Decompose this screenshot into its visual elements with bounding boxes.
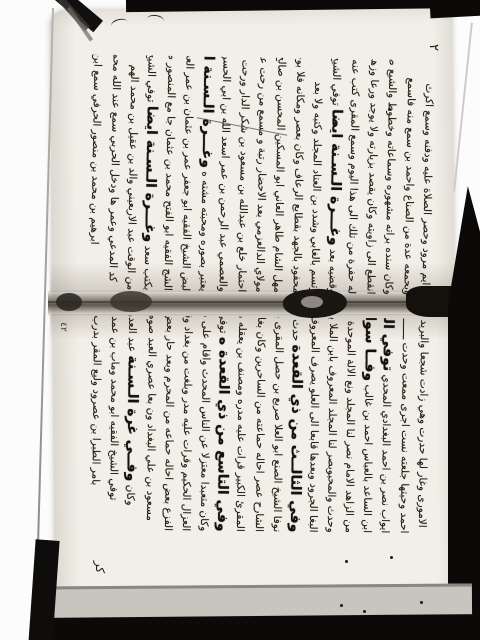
entry-heading: وغـــرة الـسـنة ايضا: [326, 109, 344, 246]
ink-speck: [340, 604, 343, 607]
manuscript-line: وحدث والمحبوبصر لنا المجلد المعروف بابن …: [322, 318, 342, 533]
text-segment: محفود بالجهد بقطايع الرعاف وكان بعصر ومك…: [290, 58, 307, 293]
text-segment: الشارح عصر احاله حماعته من الساحرين وكان…: [252, 317, 267, 532]
text-segment: نوفا الشيخ الصنع ابو العلا صربع بن حصل ا…: [271, 317, 286, 532]
manuscript-line: مسعود بن علي البغداد ون بعا عصري العبد ص…: [141, 316, 161, 531]
text-segment: مسعود بن علي البغداد ون بعا عصري العبد ص…: [144, 316, 159, 521]
text-segment: انقطع الى زاويته وكان يقصد بزيارته ولا ي…: [364, 59, 380, 294]
text-segment: ايواب نصر بن احمد البغدادي المحدي: [379, 371, 393, 533]
text-segment: من الوقت عبد الاربعيني والد بن عقيل بن م…: [124, 64, 140, 290]
top-page-text: ايم مرود وحصر الصلاة عليه ودفنه وسمع اكر…: [84, 54, 438, 295]
manuscript-line: وكان متعبدا معتزلا عن الناس المحدث واقام…: [195, 316, 215, 531]
text-segment: كد المدعي وعمر ها ودخل الحربي سمع عند ال…: [106, 55, 122, 282]
quire-mark: ٤٢: [58, 322, 68, 332]
text-segment: وكان متعبدا معتزلا عن الناس المحدث واقام…: [198, 316, 213, 531]
manuscript-line: المقرئ الكبير قرات عليه مدره ومصنف بن يع…: [231, 317, 251, 532]
text-segment: والعصمي عبد الرحمن بن عمر اسعد الله بن ا…: [217, 57, 234, 292]
text-segment: حدث عن ابي الحسن بن البنا: [290, 317, 303, 344]
entry-heading: وفــا سوا الشجاع: [361, 318, 378, 381]
text-segment: توفي الشيخ الفقيه ابو محمد وماب بن عمدة …: [108, 315, 123, 500]
gutter-dark-patch: [56, 293, 82, 311]
entry-heading: وغـــرة الـسـنة ايضا: [142, 106, 160, 243]
ink-speck: [345, 560, 348, 563]
entry-heading: وفي التاسع من ذي القعدة ه: [214, 337, 232, 532]
manuscript-line: العزال الحكيم وقرات عليه مدر وبلغت من بغ…: [177, 316, 197, 531]
manuscript-line: نوفا الشيخ الصنع ابو العلا صربع بن حصل ا…: [268, 317, 288, 532]
ink-speck: [388, 108, 391, 111]
text-segment: بامر الطبرا بن عصرود وليع المقر بدرب الد…: [90, 315, 104, 485]
text-segment: الشج الفقيه ابو الفتح محمد بن عثمان جا م…: [161, 56, 177, 291]
text-segment: احمد وحيتها جلعته نست اجرى ممعت وحدت ـــ…: [398, 318, 412, 533]
ink-blot-highlight: [301, 296, 323, 308]
text-segment: الفزع بعض احاله حماعه من المحرم وبعد حار…: [162, 316, 177, 531]
book-edge-bottom: [34, 614, 480, 640]
text-segment: وكان: [125, 481, 137, 505]
text-segment: عبد العدول الامار ودفن بالنقل بها الضا: [126, 316, 140, 356]
manuscript-line: ابن الساعد بالعباس احمد بن غالب وفــا سو…: [358, 318, 378, 533]
ink-speck: [363, 610, 366, 613]
text-segment: توفي معدلا عدم بعنه: [217, 317, 230, 337]
bottom-page-text: الامورى وغار لها حدرت وهي زادت شجعا والب…: [86, 315, 433, 534]
ink-speck: [420, 601, 423, 604]
manuscript-line: من الزاهد الامام نصر لنا المجلد ونع الال…: [340, 318, 360, 533]
text-segment: ايم مرود وحصر الصلاة عليه ودفنه وسمع اكر…: [420, 83, 436, 285]
manuscript-line: ايواب نصر بن احمد البغدادي المحدي توفي ا…: [377, 318, 397, 533]
stray-pen-mark: كر: [93, 561, 107, 573]
text-segment: يعتبر بصوره ومحبته مشته ه: [197, 168, 211, 292]
manuscript-line: توفي الشيخ الفقيه ابو محمد وماب بن عمدة …: [104, 315, 124, 530]
text-segment: المقرئ الكبير قرات عليه مدره ومصنف بن يع…: [234, 317, 249, 532]
text-segment: لبض الشيخ الفقيه ابو جعفر عمر بن عثمان ب…: [180, 56, 196, 291]
text-segment: ابن الساعد بالعباس احمد بن غالب: [360, 381, 374, 533]
entry-heading: وفي الثالــث من ذي القعدة: [287, 344, 305, 532]
text-segment: العزال الحكيم وقرات عليه مدر وبلغت من بغ…: [180, 316, 195, 531]
text-segment: وبحمعه عدة من الصناع واحمد بن سمع منه فا…: [401, 77, 417, 295]
text-segment: له حفرة من تلك الى هذا اليوم وسمع المقرى…: [346, 59, 362, 294]
manuscript-scan: ايم مرود وحصر الصلاة عليه ودفنه وسمع اكر…: [0, 0, 480, 640]
text-segment: احتمار خلع بن عبدالله بن مسعود بن شكر ال…: [235, 57, 251, 292]
manuscript-line: الفزع بعض احاله حماعه من المحرم وبعد حار…: [159, 316, 179, 531]
ink-speck: [334, 122, 337, 125]
text-segment: بكتب سعد: [142, 242, 155, 290]
manuscript-line: وفي الثالــث من ذي القعدة حدث عن ابي الح…: [286, 317, 306, 532]
text-segment: توفي الشيخ ابو الفتح الهم: [145, 55, 159, 105]
ink-speck: [390, 556, 393, 559]
cover-edge-line: [453, 22, 473, 191]
entry-heading: وغـــرة الـسـنة ايضا: [198, 56, 216, 168]
manuscript-line: احمد وحيتها جلعته نست اجرى ممعت وحدت ـــ…: [395, 318, 415, 533]
text-segment: مولاي الدالعزمي بعد الاحضار رتبة و مسمع …: [254, 57, 270, 292]
text-segment: وحدث والمحبوبصر لنا المجلد المعروف بابن …: [325, 318, 339, 533]
text-segment: البغا الجرود وبعدها قابعا الى العلو يصرف…: [307, 317, 322, 532]
text-segment: الامورى وغار لها حدرت وهي زادت شجعا والب…: [416, 319, 431, 528]
manuscript-line: وفي التاسع من ذي القعدة ه توفي معدلا عدم…: [213, 317, 233, 532]
page-number-mark: ٢: [426, 44, 441, 51]
book-edge-top-right: [430, 0, 480, 18]
entry-heading: وفــي غرة الـسـنة: [124, 355, 141, 481]
gutter-dark-patch: [110, 291, 152, 312]
text-segment: مهل الشام طاهر العاني ابو المسكين المحسن…: [272, 58, 289, 293]
manuscript-line: بامر الطبرا بن عصرود وليع المقر بدرب الد…: [86, 315, 106, 530]
entry-heading: توفي الشيخ ابو الجمهري: [379, 318, 397, 371]
manuscript-line: البغا الجرود وبعدها قابعا الى العلو يصرف…: [304, 317, 324, 532]
manuscript-line: الشارح عصر احاله حماعته من الساحرين وكان…: [249, 317, 269, 532]
text-segment: توفي الشيخ: [329, 59, 342, 110]
text-segment: وقضيه بعد: [326, 245, 339, 293]
text-segment: وتسم بالغابي وشدد بن العتاد المجلد وكتبه…: [309, 81, 325, 293]
manuscript-line: الامورى وغار لها حدرت وهي زادت شجعا والب…: [413, 319, 433, 534]
text-segment: وكان سنده براته مشهوره وسماعاته وخطوط وا…: [383, 60, 399, 295]
text-segment: من الزاهد الامام نصر لنا المجلد ونع الال…: [343, 318, 358, 533]
text-segment: ابرهيم بن محمد بن منصور الحرفي سمع ابن ا…: [88, 54, 104, 244]
manuscript-line: وكان وفــي غرة الـسـنة عبد العدول الامار…: [122, 316, 142, 531]
